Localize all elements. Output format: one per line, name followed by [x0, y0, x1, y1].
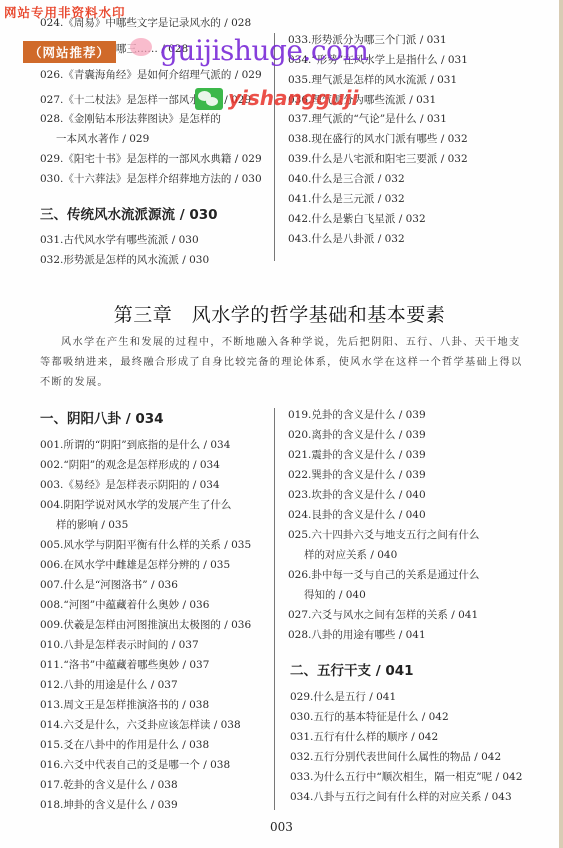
section-heading: 二、五行干支 / 041 [290, 659, 414, 679]
toc-entry: 035.理气派是怎样的风水流派 / 031 [288, 73, 457, 87]
toc-entry: 005.风水学与阴阳平衡有什么样的关系 / 035 [40, 538, 251, 552]
toc-entry: 020.离卦的含义是什么 / 039 [288, 428, 426, 442]
toc-entry: 025.六十四卦六爻与地支五行之间有什么 [288, 528, 479, 542]
toc-entry: 029.什么是五行 / 041 [290, 690, 396, 704]
toc-entry: 一本风水著作 / 029 [40, 132, 149, 146]
toc-entry: 028.八卦的用途有哪些 / 041 [288, 628, 426, 642]
toc-entry: 004.阴阳学说对风水学的发展产生了什么 [40, 498, 231, 512]
section-heading: 三、传统风水流派源流 / 030 [40, 203, 218, 223]
toc-entry: 024.艮卦的含义是什么 / 040 [288, 508, 426, 522]
section-heading: 一、阴阳八卦 / 034 [40, 407, 164, 427]
toc-entry: 016.六爻中代表自己的爻是哪一个 / 038 [40, 758, 230, 772]
toc-entry: 043.什么是八卦派 / 032 [288, 232, 405, 246]
toc-entry: 019.兑卦的含义是什么 / 039 [288, 408, 426, 422]
column-divider [274, 408, 275, 810]
watermark-wechat-id: yishangguji [228, 86, 358, 110]
toc-entry: 040.什么是三合派 / 032 [288, 172, 405, 186]
toc-entry: 012.八卦的用途是什么 / 037 [40, 678, 178, 692]
toc-entry: 022.巽卦的含义是什么 / 039 [288, 468, 426, 482]
toc-entry: 031.古代风水学有哪些流派 / 030 [40, 233, 199, 247]
page-edge [559, 0, 563, 848]
toc-entry: 029.《阳宅十书》是怎样的一部风水典籍 / 029 [40, 152, 262, 166]
toc-entry: 031.五行有什么样的顺序 / 042 [290, 730, 438, 744]
toc-entry: 026.卦中每一爻与自己的关系是通过什么 [288, 568, 479, 582]
column-divider [274, 33, 275, 261]
wechat-icon [195, 88, 223, 110]
toc-entry: 038.现在盛行的风水门派有哪些 / 032 [288, 132, 468, 146]
toc-entry: 027.六爻与风水之间有怎样的关系 / 041 [288, 608, 478, 622]
toc-entry: 007.什么是“河图洛书” / 036 [40, 578, 178, 592]
toc-entry: 014.六爻是什么，六爻卦应该怎样读 / 038 [40, 718, 241, 732]
toc-entry: 033.为什么五行中“顺次相生，隔一相克”呢 / 042 [290, 770, 522, 784]
toc-entry: 010.八卦是怎样表示时间的 / 037 [40, 638, 199, 652]
toc-entry: 样的对应关系 / 040 [288, 548, 397, 562]
toc-entry: 003.《易经》是怎样表示阴阳的 / 034 [40, 478, 220, 492]
toc-entry: 042.什么是紫白飞星派 / 032 [288, 212, 426, 226]
toc-entry: 009.伏羲是怎样由河图推演出太极图的 / 036 [40, 618, 251, 632]
toc-entry: 015.爻在八卦中的作用是什么 / 038 [40, 738, 209, 752]
toc-entry: 030.五行的基本特征是什么 / 042 [290, 710, 449, 724]
toc-entry: 037.理气派的“气论”是什么 / 031 [288, 112, 447, 126]
page-number: 003 [270, 820, 293, 834]
toc-entry: 032.五行分别代表世间什么属性的物品 / 042 [290, 750, 501, 764]
chapter-title: 第三章 风水学的哲学基础和基本要素 [0, 300, 559, 327]
watermark-label: 网站专用非资料水印 [4, 3, 126, 21]
toc-entry: 034.八卦与五行之间有什么样的对应关系 / 043 [290, 790, 512, 804]
toc-entry: 030.《十六葬法》是怎样介绍葬地方法的 / 030 [40, 172, 262, 186]
book-page: 024.《周易》中哪些文字是记录风水的 / 028 025.……指的是哪三…… … [0, 0, 559, 848]
toc-entry: 041.什么是三元派 / 032 [288, 192, 405, 206]
toc-entry: 011.“洛书”中蕴藏着哪些奥妙 / 037 [40, 658, 209, 672]
toc-entry: 028.《金刚钻本形法葬图诀》是怎样的 [40, 112, 221, 126]
watermark-url: guijishuge.com [160, 34, 368, 67]
toc-entry: 032.形势派是怎样的风水流派 / 030 [40, 253, 209, 267]
toc-entry: 018.坤卦的含义是什么 / 039 [40, 798, 178, 812]
toc-entry: 023.坎卦的含义是什么 / 040 [288, 488, 426, 502]
toc-entry: 001.所谓的“阴阳”到底指的是什么 / 034 [40, 438, 230, 452]
watermark-badge: （网站推荐） [23, 41, 116, 63]
toc-entry: 026.《青囊海角经》是如何介绍理气派的 / 029 [40, 68, 262, 82]
toc-entry: 013.周文王是怎样推演洛书的 / 038 [40, 698, 209, 712]
toc-entry: 样的影响 / 035 [40, 518, 128, 532]
toc-entry: 039.什么是八宅派和阳宅三要派 / 032 [288, 152, 468, 166]
heart-icon [130, 38, 152, 56]
chapter-intro: 风水学在产生和发展的过程中，不断地融入各种学说，先后把阴阳、五行、八卦、天干地支… [40, 333, 530, 393]
toc-entry: 021.震卦的含义是什么 / 039 [288, 448, 426, 462]
toc-entry: 得知的 / 040 [288, 588, 366, 602]
toc-entry: 008.“河图”中蕴藏着什么奥妙 / 036 [40, 598, 209, 612]
toc-entry: 002.“阴阳”的观念是怎样形成的 / 034 [40, 458, 220, 472]
toc-entry: 006.在风水学中雌雄是怎样分辨的 / 035 [40, 558, 230, 572]
toc-entry: 017.乾卦的含义是什么 / 038 [40, 778, 178, 792]
